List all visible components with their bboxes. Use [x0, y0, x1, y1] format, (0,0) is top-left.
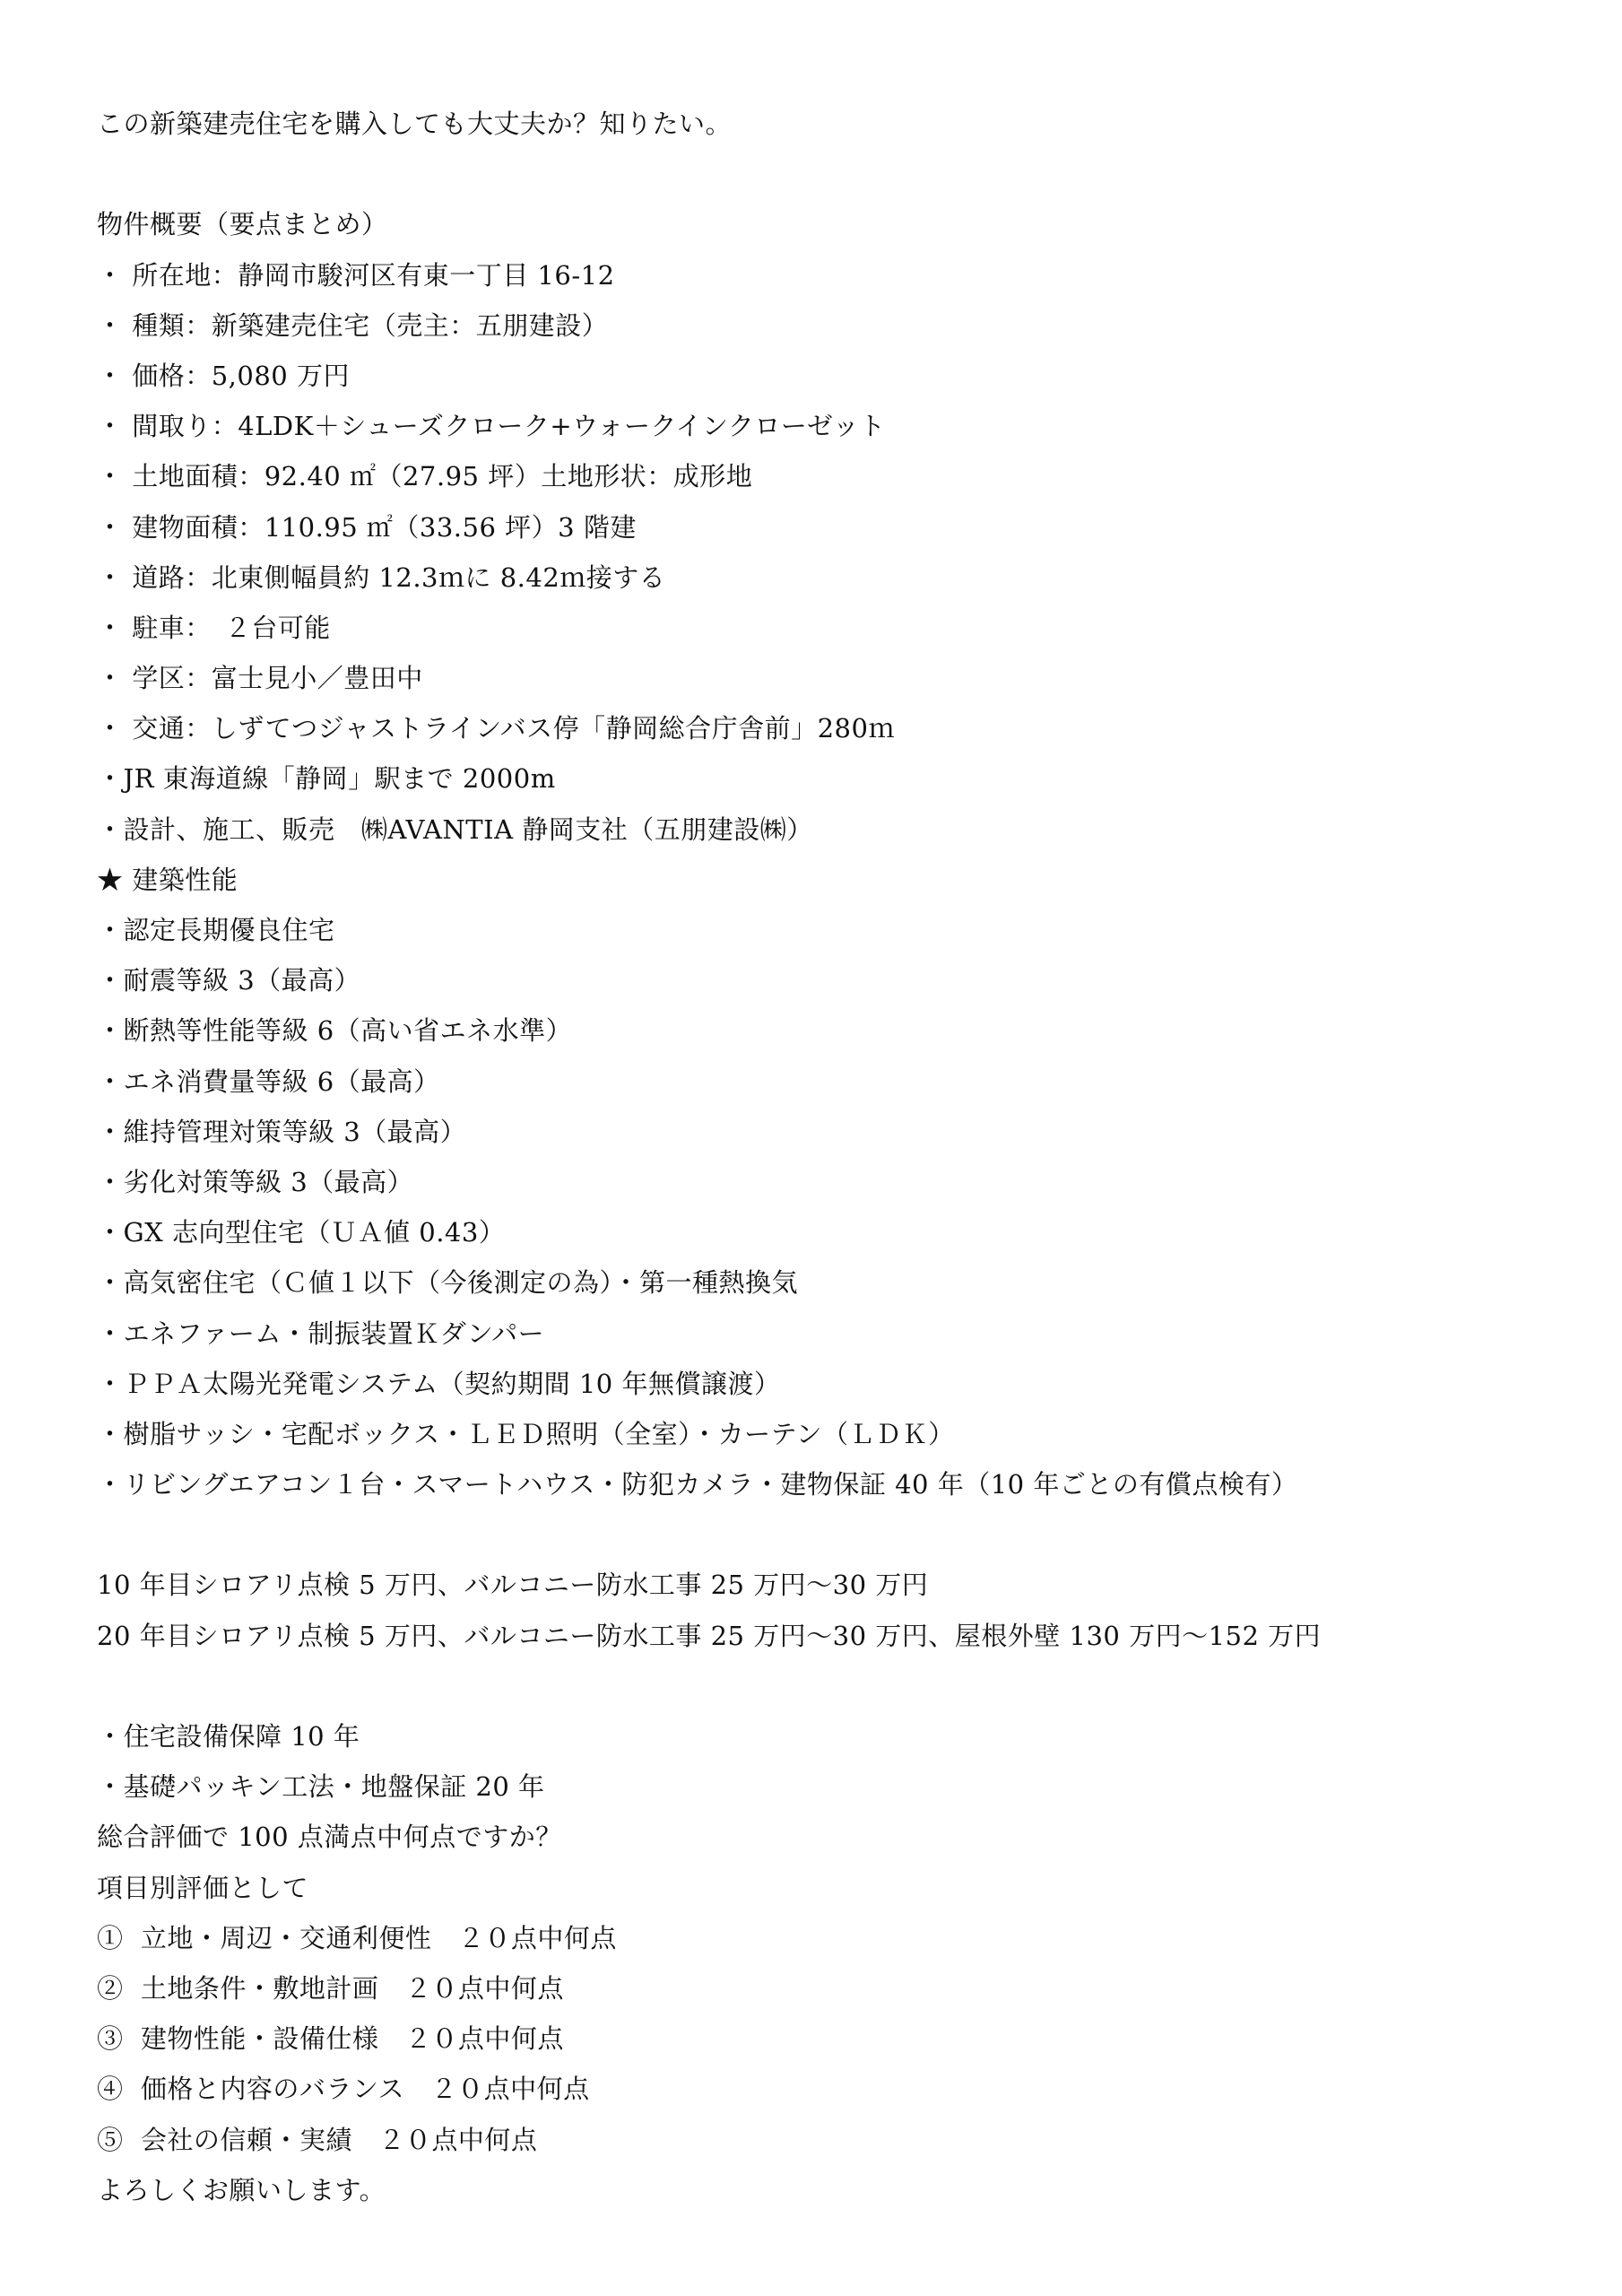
overview-item-builder: ・設計、施工、販売 ㈱AVANTIA 静岡支社（五朋建設㈱） — [97, 804, 1567, 855]
document-page: この新築建売住宅を購入しても大丈夫か？知りたい。 物件概要（要点まとめ） ・ 所… — [97, 99, 1567, 2215]
maintenance-cost-10yr: 10 年目シロアリ点検 5 万円、バルコニー防水工事 25 万円～30 万円 — [97, 1560, 1567, 1610]
maintenance-cost-20yr: 20 年目シロアリ点検 5 万円、バルコニー防水工事 25 万円～30 万円、屋… — [97, 1611, 1567, 1661]
performance-item: ・劣化対策等級 3（最高） — [97, 1157, 1567, 1207]
performance-item: ・維持管理対策等級 3（最高） — [97, 1107, 1567, 1157]
warranty-item: ・住宅設備保障 10 年 — [97, 1711, 1567, 1761]
overview-item-location: ・ 所在地：静岡市駿河区有東一丁目 16-12 — [97, 250, 1567, 300]
performance-item: ・エネ消費量等級 6（最高） — [97, 1057, 1567, 1107]
question-line: この新築建売住宅を購入しても大丈夫か？知りたい。 — [97, 99, 1567, 149]
performance-item: ・耐震等級 3（最高） — [97, 955, 1567, 1005]
overview-item-building-area: ・ 建物面積：110.95 ㎡（33.56 坪）3 階建 — [97, 502, 1567, 552]
closing-line: よろしくお願いします。 — [97, 2165, 1567, 2215]
overview-heading: 物件概要（要点まとめ） — [97, 199, 1567, 249]
criterion-price-balance: ④ 価格と内容のバランス ２０点中何点 — [97, 2064, 1567, 2114]
total-score-question: 総合評価で 100 点満点中何点ですか？ — [97, 1812, 1567, 1862]
overview-item-type: ・ 種類：新築建売住宅（売主：五朋建設） — [97, 300, 1567, 351]
warranty-item: ・基礎パッキン工法・地盤保証 20 年 — [97, 1761, 1567, 1812]
performance-item: ・リビングエアコン１台・スマートハウス・防犯カメラ・建物保証 40 年（10 年… — [97, 1459, 1567, 1509]
overview-item-transport-train: ・JR 東海道線「静岡」駅まで 2000m — [97, 753, 1567, 804]
performance-item: ・認定長期優良住宅 — [97, 905, 1567, 955]
blank-line — [97, 1661, 1567, 1711]
overview-item-transport-bus: ・ 交通：しずてつジャストラインバス停「静岡総合庁舎前」280ｍ — [97, 703, 1567, 753]
overview-item-road: ・ 道路：北東側幅員約 12.3ｍに 8.42ｍ接する — [97, 552, 1567, 603]
criterion-land: ② 土地条件・敷地計画 ２０点中何点 — [97, 1963, 1567, 2013]
overview-item-price: ・ 価格：5,080 万円 — [97, 351, 1567, 401]
performance-item: ・断熱等性能等級 6（高い省エネ水準） — [97, 1005, 1567, 1056]
criteria-heading: 項目別評価として — [97, 1863, 1567, 1913]
performance-item: ・高気密住宅（Ｃ値１以下（今後測定の為）・第一種熱換気 — [97, 1257, 1567, 1308]
blank-line — [97, 1509, 1567, 1560]
overview-item-layout: ・ 間取り：4LDK＋シューズクローク+ウォークインクローゼット — [97, 401, 1567, 451]
criterion-location: ① 立地・周辺・交通利便性 ２０点中何点 — [97, 1913, 1567, 1963]
performance-item: ・GX 志向型住宅（ＵＡ値 0.43） — [97, 1207, 1567, 1257]
performance-heading: ★ 建築性能 — [97, 855, 1567, 905]
criterion-building: ③ 建物性能・設備仕様 ２０点中何点 — [97, 2013, 1567, 2064]
overview-item-school-district: ・ 学区：富士見小／豊田中 — [97, 653, 1567, 703]
criterion-company: ⑤ 会社の信頼・実績 ２０点中何点 — [97, 2115, 1567, 2165]
overview-item-land-area: ・ 土地面積：92.40 ㎡（27.95 坪）土地形状：成形地 — [97, 451, 1567, 501]
performance-item: ・樹脂サッシ・宅配ボックス・ＬＥＤ照明（全室）・カーテン（ＬＤＫ） — [97, 1409, 1567, 1459]
overview-item-parking: ・ 駐車： ２台可能 — [97, 603, 1567, 653]
blank-line — [97, 149, 1567, 199]
performance-item: ・エネファーム・制振装置Ｋダンパー — [97, 1309, 1567, 1359]
performance-item: ・ＰＰＡ太陽光発電システム（契約期間 10 年無償譲渡） — [97, 1359, 1567, 1409]
